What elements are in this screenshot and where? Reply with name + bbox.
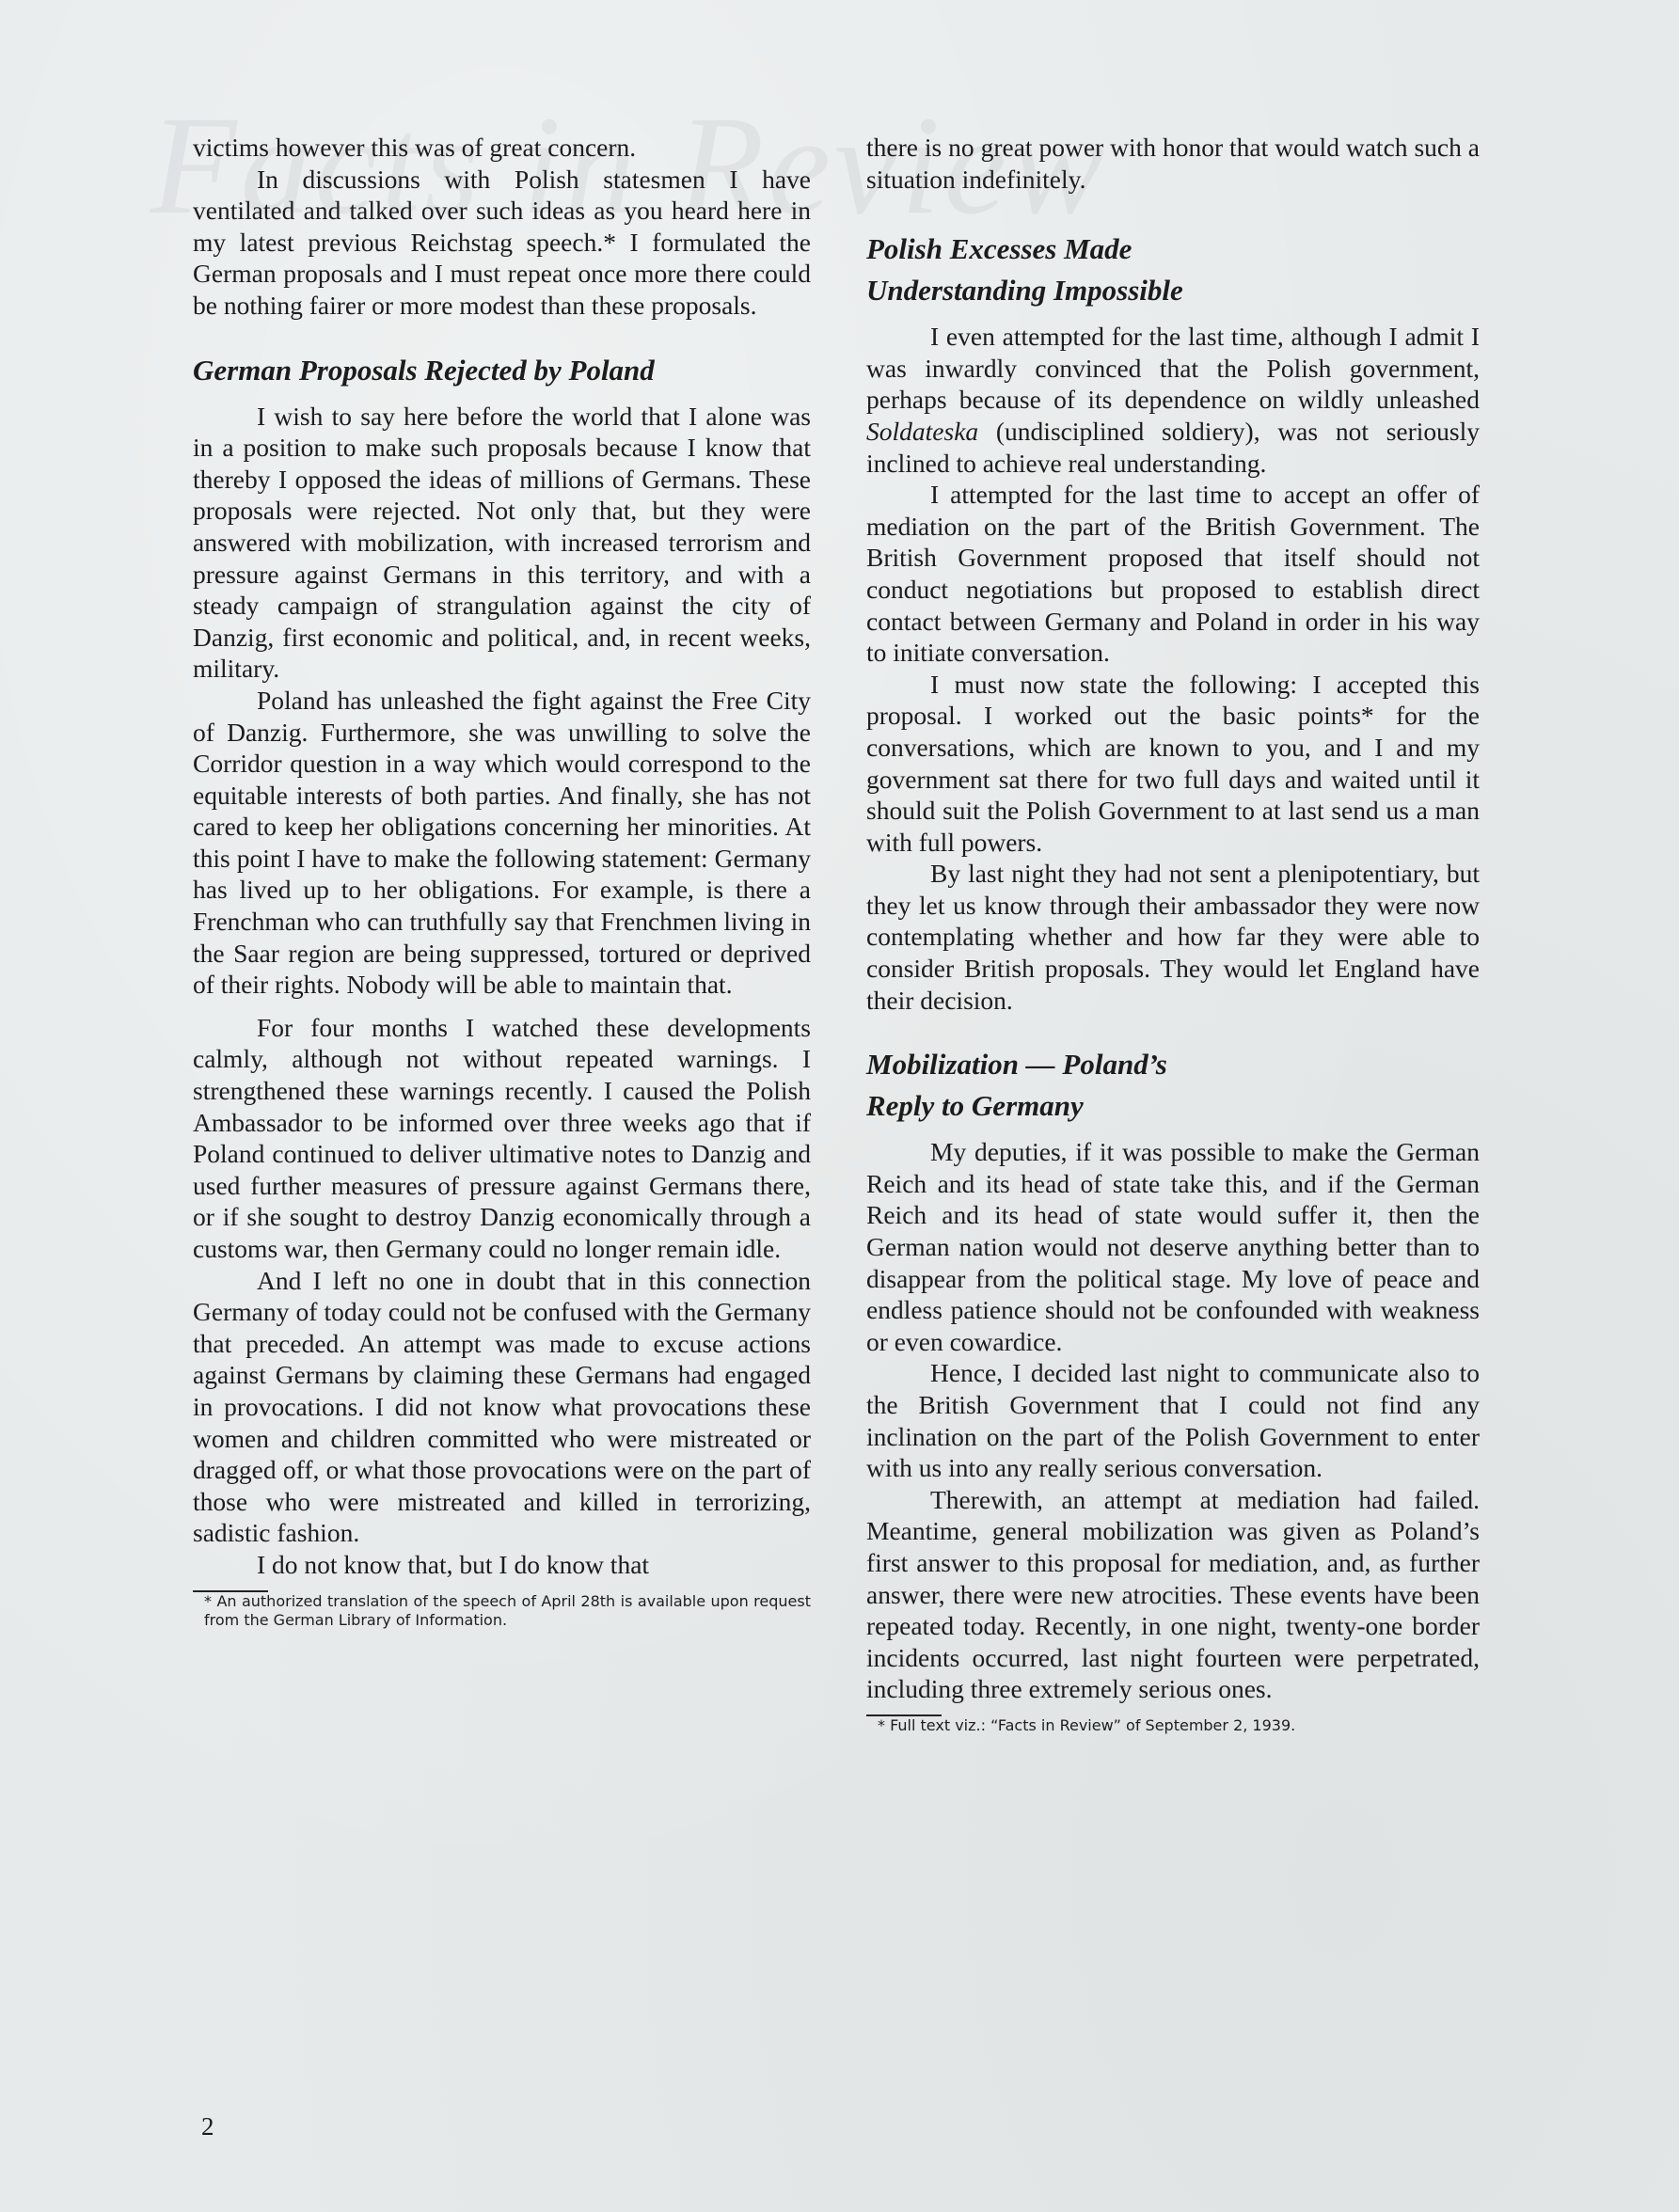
page-number: 2 bbox=[201, 2112, 214, 2141]
right-column: there is no great power with honor that … bbox=[866, 132, 1480, 1735]
paragraph: Therewith, an attempt at mediation had f… bbox=[866, 1484, 1480, 1705]
heading-line: Understanding Impossible bbox=[866, 274, 1183, 307]
heading-line: Polish Excesses Made bbox=[866, 232, 1132, 265]
paragraph: For four months I watched these de­velop… bbox=[193, 1012, 811, 1265]
paragraph: My deputies, if it was possible to make … bbox=[866, 1136, 1480, 1357]
italic-term: Soldateska bbox=[866, 417, 978, 446]
paragraph: I wish to say here before the world that… bbox=[193, 401, 811, 685]
paragraph: I do not know that, but I do know that bbox=[193, 1549, 811, 1581]
paragraph: I must now state the following: I ac­cep… bbox=[866, 669, 1480, 859]
paragraph: Hence, I decided last night to communi­c… bbox=[866, 1357, 1480, 1483]
paragraph: I even attempted for the last time, al­t… bbox=[866, 321, 1480, 479]
heading-line: Reply to Germany bbox=[866, 1089, 1084, 1122]
document-page: Facts in Review victims however this was… bbox=[0, 0, 1679, 2212]
paragraph: there is no great power with honor that … bbox=[866, 132, 1480, 195]
paragraph: In discussions with Polish statesmen I h… bbox=[193, 164, 811, 322]
section-heading-polish-excesses: Polish Excesses Made Understanding Impos… bbox=[866, 229, 1480, 311]
paragraph: And I left no one in doubt that in this … bbox=[193, 1265, 811, 1549]
left-column: victims however this was of great concer… bbox=[193, 132, 811, 1630]
text-run: I even attempted for the last time, al­t… bbox=[866, 322, 1480, 414]
paragraph: I attempted for the last time to accept … bbox=[866, 479, 1480, 669]
paragraph: By last night they had not sent a pleni­… bbox=[866, 858, 1480, 1016]
heading-line: Mobilization — Poland’s bbox=[866, 1048, 1167, 1081]
footnote: * Full text viz.: “Facts in Review” of S… bbox=[866, 1716, 1480, 1735]
paragraph: Poland has unleashed the fight against t… bbox=[193, 685, 811, 1001]
paragraph: victims however this was of great concer… bbox=[193, 132, 811, 164]
footnote: * An authorized translation of the speec… bbox=[193, 1592, 811, 1630]
section-heading-mobilization: Mobilization — Poland’s Reply to Germany bbox=[866, 1044, 1480, 1127]
section-heading-german-proposals: German Proposals Rejected by Poland bbox=[193, 350, 811, 391]
